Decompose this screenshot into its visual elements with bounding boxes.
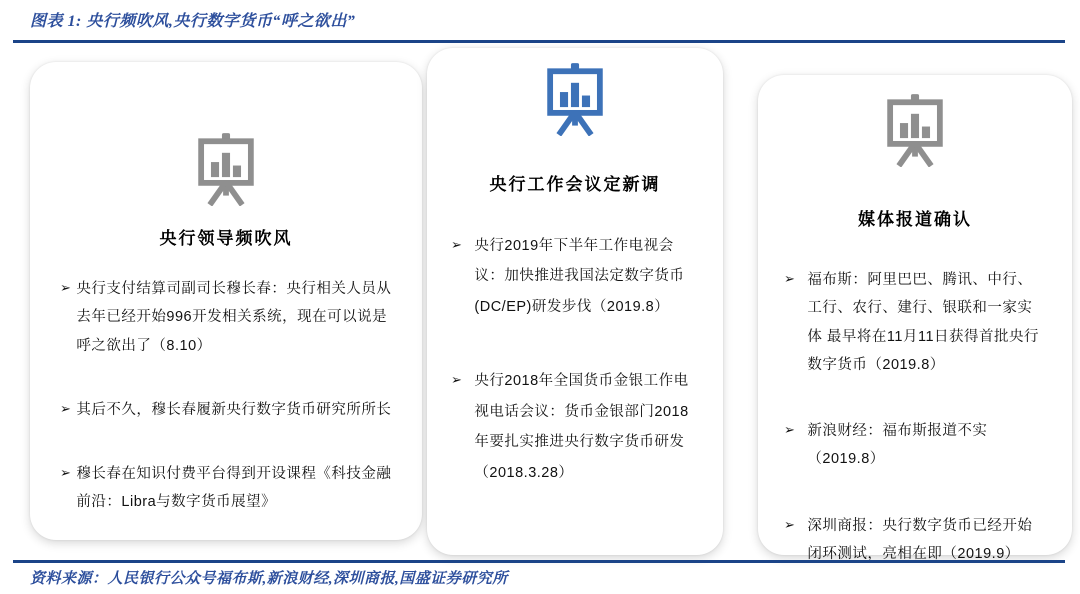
bullet-item: ➢ 其后不久，穆长春履新央行数字货币研究所所长 bbox=[60, 396, 392, 424]
footer-divider bbox=[13, 560, 1065, 563]
bullet-item: ➢ 穆长春在知识付费平台得到开设课程《科技金融前沿：Libra与数字货币展望》 bbox=[60, 460, 392, 517]
presentation-chart-icon bbox=[538, 62, 612, 136]
arrow-bullet-icon: ➢ bbox=[60, 460, 71, 485]
arrow-bullet-icon: ➢ bbox=[60, 275, 71, 300]
bullet-item: ➢ 福布斯：阿里巴巴、腾讯、中行、工行、农行、建行、银联和一家实体 最早将在11… bbox=[784, 266, 1046, 379]
presentation-chart-icon bbox=[189, 132, 263, 206]
arrow-bullet-icon: ➢ bbox=[451, 366, 462, 393]
bullet-text: 央行2019年下半年工作电视会议：加快推进我国法定数字货币(DC/EP)研发步伐… bbox=[474, 231, 699, 322]
bullet-text: 穆长春在知识付费平台得到开设课程《科技金融前沿：Libra与数字货币展望》 bbox=[76, 460, 392, 517]
bullet-item: ➢ 央行支付结算司副司长穆长春：央行相关人员从去年已经开始996开发相关系统，现… bbox=[60, 275, 392, 360]
source-note: 资料来源：人民银行公众号福布斯,新浪财经,深圳商报,国盛证券研究所 bbox=[30, 567, 508, 588]
arrow-bullet-icon: ➢ bbox=[60, 396, 71, 421]
card-work-conference: 央行工作会议定新调 ➢ 央行2019年下半年工作电视会议：加快推进我国法定数字货… bbox=[427, 48, 723, 555]
card-media-reports: 媒体报道确认 ➢ 福布斯：阿里巴巴、腾讯、中行、工行、农行、建行、银联和一家实体… bbox=[758, 75, 1072, 555]
bullet-text: 新浪财经：福布斯报道不实（2019.8） bbox=[807, 417, 1046, 474]
card-title: 央行工作会议定新调 bbox=[490, 170, 661, 195]
figure-title: 图表 1: 央行频吹风,央行数字货币“呼之欲出” bbox=[30, 8, 355, 31]
arrow-bullet-icon: ➢ bbox=[784, 266, 795, 291]
card-title: 媒体报道确认 bbox=[858, 205, 972, 230]
card-central-bank-leaders: 央行领导频吹风 ➢ 央行支付结算司副司长穆长春：央行相关人员从去年已经开始996… bbox=[30, 62, 422, 540]
arrow-bullet-icon: ➢ bbox=[784, 512, 795, 537]
bullet-text: 福布斯：阿里巴巴、腾讯、中行、工行、农行、建行、银联和一家实体 最早将在11月1… bbox=[807, 266, 1046, 379]
bullet-text: 其后不久，穆长春履新央行数字货币研究所所长 bbox=[76, 396, 392, 424]
bullet-text: 央行2018年全国货币金银工作电视电话会议：货币金银部门2018年要扎实推进央行… bbox=[474, 366, 699, 488]
arrow-bullet-icon: ➢ bbox=[451, 231, 462, 258]
figure-page: 图表 1: 央行频吹风,央行数字货币“呼之欲出” 央行领导频吹风 ➢ 央行支付结… bbox=[0, 0, 1080, 594]
bullet-item: ➢ 央行2018年全国货币金银工作电视电话会议：货币金银部门2018年要扎实推进… bbox=[451, 366, 699, 488]
bullet-list: ➢ 福布斯：阿里巴巴、腾讯、中行、工行、农行、建行、银联和一家实体 最早将在11… bbox=[784, 266, 1046, 568]
header-divider bbox=[13, 40, 1065, 43]
arrow-bullet-icon: ➢ bbox=[784, 417, 795, 442]
bullet-item: ➢ 新浪财经：福布斯报道不实（2019.8） bbox=[784, 417, 1046, 474]
bullet-list: ➢ 央行支付结算司副司长穆长春：央行相关人员从去年已经开始996开发相关系统，现… bbox=[60, 275, 392, 517]
card-title: 央行领导频吹风 bbox=[160, 224, 293, 249]
bullet-list: ➢ 央行2019年下半年工作电视会议：加快推进我国法定数字货币(DC/EP)研发… bbox=[451, 231, 699, 488]
bullet-text: 央行支付结算司副司长穆长春：央行相关人员从去年已经开始996开发相关系统，现在可… bbox=[76, 275, 392, 360]
bullet-item: ➢ 央行2019年下半年工作电视会议：加快推进我国法定数字货币(DC/EP)研发… bbox=[451, 231, 699, 322]
presentation-chart-icon bbox=[878, 93, 952, 167]
